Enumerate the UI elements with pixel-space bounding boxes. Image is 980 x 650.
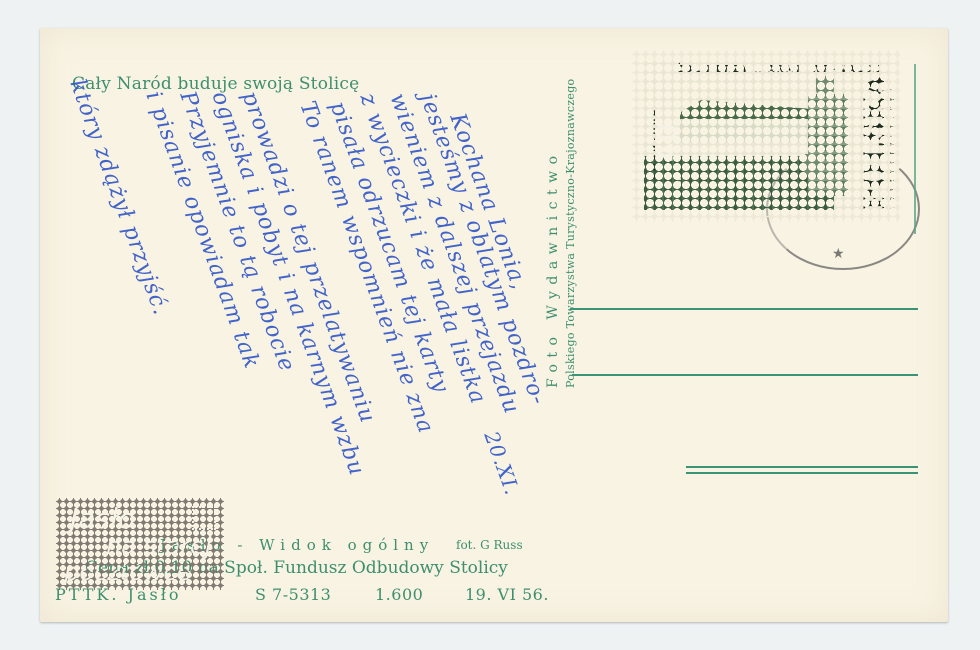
urn-icon [802, 154, 820, 176]
handwriting-date: 20.XI. [479, 428, 524, 499]
watermark-line2: na starej [106, 532, 211, 560]
watermark-line3: pocztówce [64, 558, 191, 586]
stamp-credits: K.ROGACZEWSKA PWPW 67 Z.WILLER SC [890, 82, 896, 212]
publisher-society: Polskiego Towarzystwa Turystyczno-Krajoz… [564, 79, 577, 388]
wall-illustration [808, 94, 848, 196]
urn-icon [816, 76, 834, 98]
series-number: S 7-5313 [255, 585, 375, 604]
stamp-top-text: ŻOŁNIERZY 1 ARMII WP-WAŁCZ [676, 64, 881, 75]
postcard-back: Cały Naród buduje swoją Stolicę Kochana … [40, 28, 948, 622]
address-line [686, 466, 918, 468]
address-line-underline [686, 472, 918, 474]
postcard-title: Cały Naród buduje swoją Stolicę [72, 74, 359, 94]
print-date: 19. VI 56. [465, 585, 549, 604]
watermark-line1: Jasło [70, 502, 135, 535]
postage-stamp: ŻOŁNIERZY 1 ARMII WP-WAŁCZ CMENTARZ 40 G… [632, 50, 900, 222]
stamp-area-guide [914, 64, 916, 234]
stamp-artwork: ŻOŁNIERZY 1 ARMII WP-WAŁCZ CMENTARZ 40 G… [644, 62, 888, 210]
stamp-currency: Gr [674, 176, 684, 188]
watermark-badge: Jasło na starej pocztówce [56, 498, 224, 590]
stamp-value: 40 [650, 123, 683, 162]
caption-photographer: fot. G Russ [456, 538, 523, 552]
star-icon: ★ [832, 246, 845, 262]
stamp-outline-icon [192, 506, 216, 530]
stamp-country: POLSKA [858, 74, 891, 210]
address-line [572, 374, 918, 376]
publisher-name: Foto Wydawnictwo [545, 79, 561, 388]
address-line [570, 308, 918, 310]
publisher-imprint: Foto Wydawnictwo Polskiego Towarzystwa T… [545, 79, 577, 388]
print-run: 1.600 [375, 585, 465, 604]
